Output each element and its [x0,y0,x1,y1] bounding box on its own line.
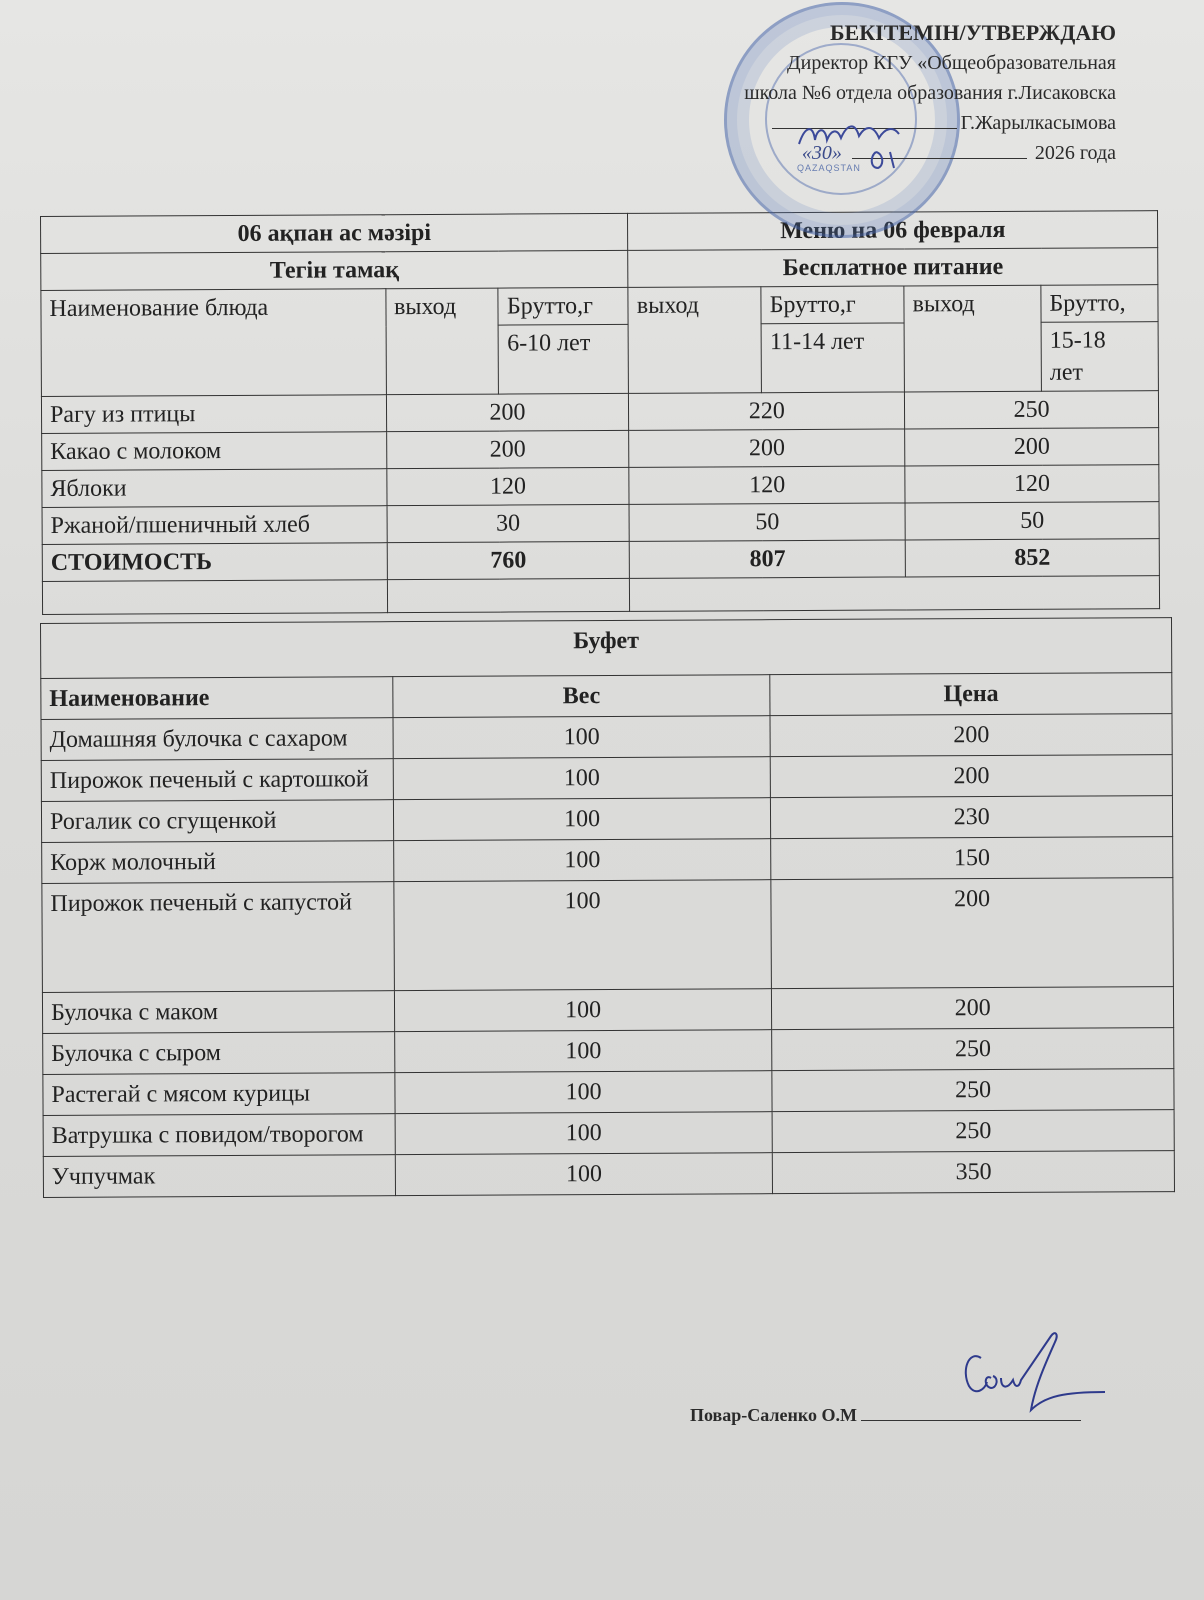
dish-value-6-10: 200 [386,393,629,431]
buffet-item-name: Булочка с сыром [43,1032,395,1075]
buffet-item-price: 350 [773,1151,1175,1194]
date-month-handwritten-icon [868,148,908,172]
header-dish-name: Наименование блюда [41,289,386,397]
buffet-item-price: 230 [771,796,1173,839]
list-item: Корж молочный 100 150 [42,837,1173,884]
dish-name: Какао с молоком [42,432,387,471]
menu-date-row: 06 ақпан ас мәзірі Меню на 06 февраля [41,211,1158,254]
header-age-6-10: 6-10 лет [499,324,629,394]
header-age-11-14: 11-14 лет [761,323,904,393]
free-meal-subtitle-row: Тегін тамақ Бесплатное питание [41,248,1158,291]
header-gross-2: Брутто,г [761,286,904,324]
cook-signature-line [861,1402,1081,1421]
buffet-item-price: 250 [772,1028,1174,1071]
buffet-header-row: Наименование Вес Цена [41,673,1172,720]
buffet-table: Буфет Наименование Вес Цена Домашняя бул… [40,617,1175,1198]
list-item: Растегай с мясом курицы 100 250 [43,1069,1174,1116]
header-age-15-18-unit: лет [1050,356,1150,389]
dish-value-6-10: 120 [386,467,629,505]
table-row: Какао с молоком 200 200 200 [42,428,1159,471]
buffet-item-weight: 100 [393,839,771,882]
dish-value-11-14: 50 [629,503,905,541]
dish-value-11-14: 220 [629,392,905,430]
approval-title: БЕКІТЕМІН/УТВЕРЖДАЮ [744,18,1116,48]
buffet-item-name: Растегай с мясом курицы [43,1073,395,1116]
dish-name: Рагу из птицы [41,395,386,434]
dish-value-11-14: 200 [629,429,905,467]
buffet-item-name: Ватрушка с повидом/творогом [43,1114,395,1157]
dish-value-6-10: 30 [387,504,630,542]
free-meal-table: 06 ақпан ас мәзірі Меню на 06 февраля Те… [40,210,1160,615]
total-15-18: 852 [905,539,1159,577]
buffet-item-name: Корж молочный [42,841,394,884]
buffet-item-price: 250 [772,1069,1174,1112]
buffet-item-name: Домашняя булочка с сахаром [41,718,393,761]
buffet-item-price: 150 [771,837,1173,880]
buffet-item-weight: 100 [393,716,771,759]
buffet-title-row: Буфет [41,618,1172,679]
header-gross-1: Брутто,г [498,287,628,325]
buffet-title: Буфет [41,618,1172,679]
approval-line-2: школа №6 отдела образования г.Лисаковска [744,78,1116,108]
buffet-item-price: 250 [772,1110,1174,1153]
header-output-1: выход [385,288,498,395]
list-item: Учпучмак 100 350 [43,1151,1174,1198]
buffet-item-price: 200 [771,878,1173,989]
list-item: Пирожок печеный с капустой 100 200 [42,878,1174,993]
header-output-3: выход [904,285,1041,392]
menu-title-kz: 06 ақпан ас мәзірі [41,213,629,253]
free-meal-subtitle-ru: Бесплатное питание [628,248,1158,288]
buffet-item-weight: 100 [394,880,772,991]
buffet-item-name: Пирожок печеный с капустой [42,882,394,993]
dish-name: Яблоки [42,469,387,508]
empty-cell [42,580,387,615]
buffet-item-weight: 100 [394,989,772,1032]
list-item: Ватрушка с повидом/творогом 100 250 [43,1110,1174,1157]
total-row: СТОИМОСТЬ 760 807 852 [42,539,1159,582]
approval-signer: Г.Жарылкасымова [961,112,1116,134]
buffet-item-price: 200 [772,987,1174,1030]
header-gross-3: Брутто, [1041,285,1158,323]
header-age-15-18-range: 15-18 [1050,324,1150,357]
table-row: Ржаной/пшеничный хлеб 30 50 50 [42,502,1159,545]
buffet-item-weight: 100 [393,757,771,800]
dish-value-15-18: 120 [905,465,1159,503]
total-6-10: 760 [387,541,630,579]
approval-date-year: 2026 года [1035,142,1116,164]
header-age-15-18: 15-18 лет [1041,322,1158,392]
buffet-item-price: 200 [770,714,1172,757]
approval-line-1: Директор КГУ «Общеобразовательная [744,48,1116,78]
buffet-item-name: Булочка с маком [42,991,394,1034]
empty-cell [630,576,1160,612]
list-item: Булочка с сыром 100 250 [43,1028,1174,1075]
cook-signoff: Повар-Саленко О.М [690,1402,1081,1426]
empty-cell [387,578,630,612]
dish-value-11-14: 120 [629,466,905,504]
empty-row [42,576,1159,615]
dish-name: Ржаной/пшеничный хлеб [42,506,387,545]
list-item: Домашняя булочка с сахаром 100 200 [41,714,1172,761]
table-row: Яблоки 120 120 120 [42,465,1159,508]
buffet-item-weight: 100 [395,1071,773,1114]
buffet-header-weight: Вес [393,675,771,718]
dish-value-15-18: 200 [905,428,1159,466]
free-meal-subtitle-kz: Тегін тамақ [41,250,629,290]
dish-value-15-18: 50 [905,502,1159,540]
buffet-item-weight: 100 [394,1030,772,1073]
buffet-item-weight: 100 [395,1112,773,1155]
list-item: Булочка с маком 100 200 [42,987,1173,1034]
cook-name: Повар-Саленко О.М [690,1405,857,1425]
header-output-2: выход [628,287,761,394]
total-label: СТОИМОСТЬ [42,543,387,582]
buffet-header-price: Цена [770,673,1172,716]
buffet-item-name: Учпучмак [43,1155,395,1198]
buffet-item-weight: 100 [393,798,771,841]
table-row: Рагу из птицы 200 220 250 [41,391,1158,434]
buffet-item-name: Рогалик со сгущенкой [41,800,393,843]
dish-value-6-10: 200 [386,430,629,468]
column-header-row-1: Наименование блюда выход Брутто,г выход … [41,285,1158,328]
dish-value-15-18: 250 [905,391,1159,429]
list-item: Рогалик со сгущенкой 100 230 [41,796,1172,843]
buffet-item-price: 200 [771,755,1173,798]
buffet-item-name: Пирожок печеный с картошкой [41,759,393,802]
buffet-header-name: Наименование [41,677,393,720]
total-11-14: 807 [630,540,906,578]
list-item: Пирожок печеный с картошкой 100 200 [41,755,1172,802]
buffet-item-weight: 100 [395,1153,773,1196]
